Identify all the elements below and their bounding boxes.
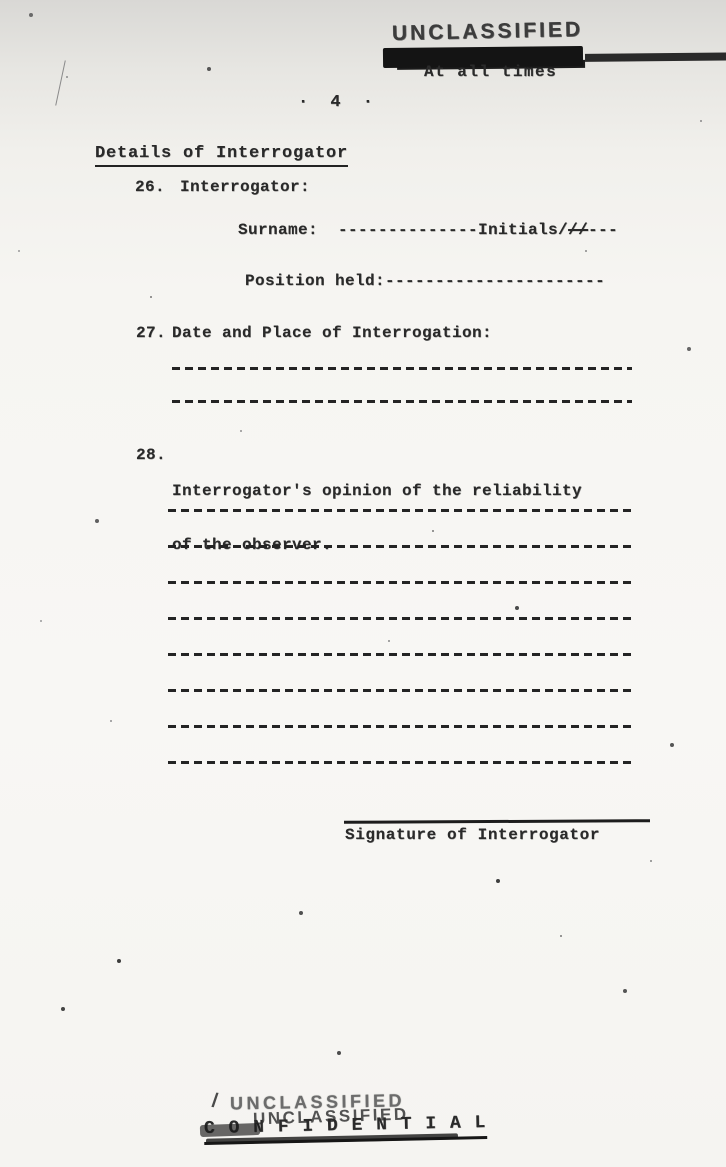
answer-line — [172, 367, 632, 370]
position-held-field-line: Position held:---------------------- — [245, 272, 605, 290]
surname-field-line: Surname: --------------Initials///--- — [238, 221, 618, 239]
surname-label: Surname: — [238, 221, 338, 239]
bottom-slash-mark: / — [210, 1090, 219, 1114]
scanned-form-page: UNCLASSIFIED At all times · 4 · Details … — [0, 0, 726, 1167]
signature-rule-line — [344, 819, 650, 823]
answer-line — [168, 653, 636, 656]
answer-line — [168, 545, 636, 548]
item-28-answer-lines — [168, 509, 636, 797]
item-26-label: Interrogator: — [180, 178, 310, 196]
item-27-number: 27. — [136, 324, 166, 342]
item-28-number: 28. — [136, 446, 166, 464]
position-held-label: Position held: — [245, 272, 385, 290]
initials-blank-dashes: --- — [588, 221, 618, 239]
item-27-answer-lines — [172, 367, 632, 433]
item-26-number: 26. — [135, 178, 165, 196]
at-all-times-stamp: At all times — [424, 63, 557, 81]
position-held-blank-dashes: ---------------------- — [385, 272, 605, 290]
answer-line — [168, 689, 636, 692]
unclassified-stamp-top: UNCLASSIFIED — [392, 18, 584, 46]
page-number: · 4 · — [298, 93, 379, 112]
answer-line — [168, 725, 636, 728]
signature-label: Signature of Interrogator — [345, 826, 600, 844]
answer-line — [168, 509, 636, 512]
initials-struck-out: // — [568, 221, 588, 239]
section-heading: Details of Interrogator — [95, 144, 348, 167]
item-27-label: Date and Place of Interrogation: — [172, 324, 492, 342]
answer-line — [168, 761, 636, 764]
surname-blank-dashes: -------------- — [338, 221, 478, 239]
initials-label: Initials/ — [478, 221, 568, 239]
paper-scratch — [55, 60, 66, 105]
item-28-label-line1: Interrogator's opinion of the reliabilit… — [172, 482, 582, 500]
paper-specks — [0, 0, 2, 2]
answer-line — [172, 400, 632, 403]
answer-line — [168, 581, 636, 584]
confidential-smudge-mark — [200, 1123, 260, 1137]
answer-line — [168, 617, 636, 620]
